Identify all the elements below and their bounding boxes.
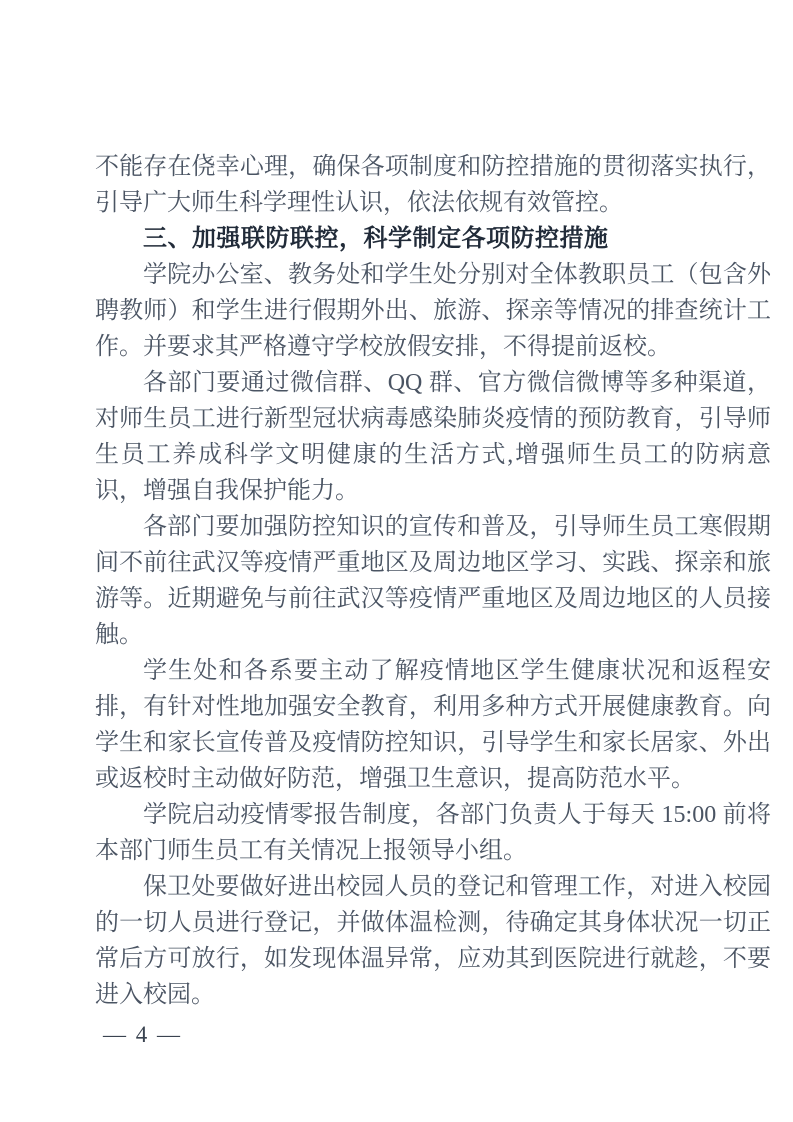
paragraph-knowledge-publicity: 各部门要加强防控知识的宣传和普及，引导师生员工寒假期间不前往武汉等疫情严重地区及… — [95, 509, 771, 653]
paragraph-campus-security: 保卫处要做好进出校园人员的登记和管理工作，对进入校园的一切人员进行登记，并做体温… — [95, 869, 771, 1013]
document-page: 不能存在侥幸心理，确保各项制度和防控措施的贯彻落实执行，引导广大师生科学理性认识… — [0, 0, 793, 1122]
paragraph-prevention-education: 各部门要通过微信群、QQ 群、官方微信微博等多种渠道，对师生员工进行新型冠状病毒… — [95, 365, 771, 509]
paragraph-zero-report: 学院启动疫情零报告制度，各部门负责人于每天 15:00 前将本部门师生员工有关情… — [95, 797, 771, 869]
paragraph-student-health: 学生处和各系要主动了解疫情地区学生健康状况和返程安排，有针对性地加强安全教育，利… — [95, 653, 771, 797]
paragraph-continuation: 不能存在侥幸心理，确保各项制度和防控措施的贯彻落实执行，引导广大师生科学理性认识… — [95, 149, 771, 221]
page-number: — 4 — — [103, 1021, 182, 1049]
section-heading: 三、加强联防联控，科学制定各项防控措施 — [95, 221, 771, 257]
document-body: 不能存在侥幸心理，确保各项制度和防控措施的贯彻落实执行，引导广大师生科学理性认识… — [95, 149, 771, 1013]
paragraph-survey-statistics: 学院办公室、教务处和学生处分别对全体教职员工（包含外聘教师）和学生进行假期外出、… — [95, 257, 771, 365]
